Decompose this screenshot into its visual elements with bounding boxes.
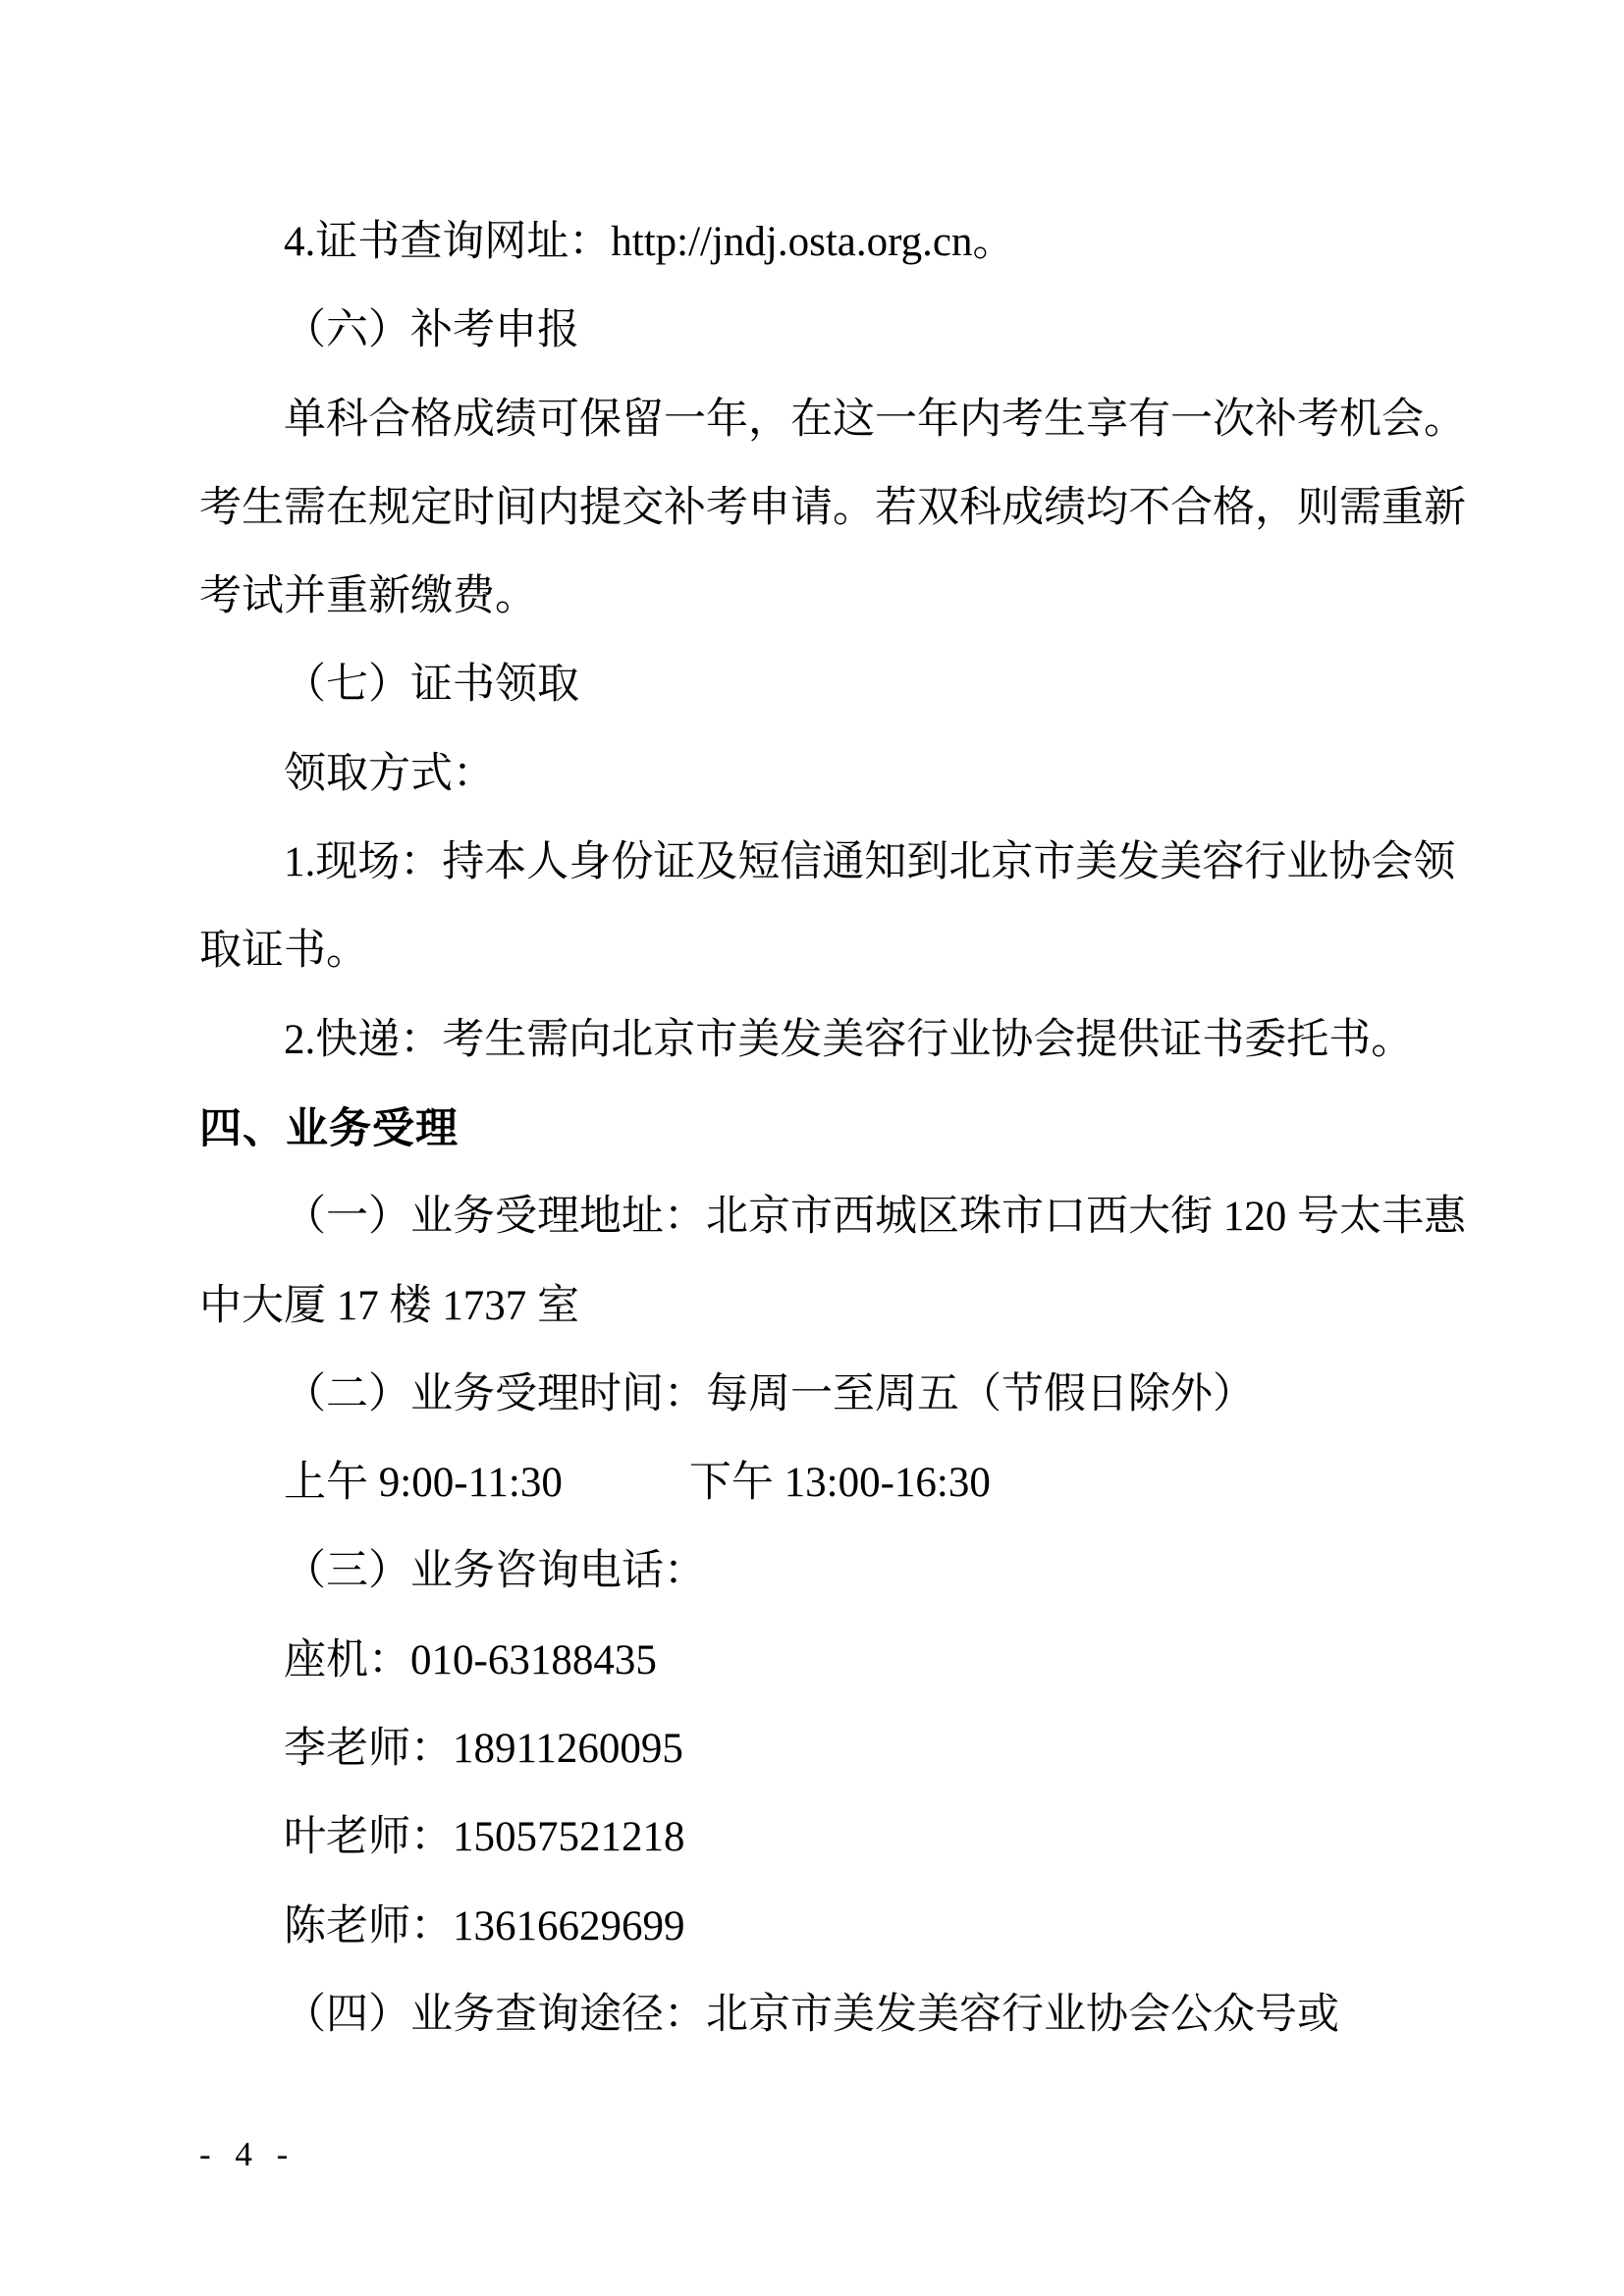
text-line: （七）证书领取 [199,641,1470,729]
text-line: 领取方式： [199,730,1470,819]
text-line: 4.证书查询网址：http://jndj.osta.org.cn。 [199,198,1470,287]
document-body: 4.证书查询网址：http://jndj.osta.org.cn。（六）补考申报… [199,198,1470,2059]
text-line: （六）补考申报 [199,287,1470,375]
text-line: 叶老师：15057521218 [199,1793,1470,1882]
text-line: 座机：010-63188435 [199,1617,1470,1705]
text-line: 中大厦 17 楼 1737 室 [199,1262,1470,1351]
text-line: 陈老师：13616629699 [199,1883,1470,1971]
section-heading: 四、业务受理 [199,1085,1470,1173]
text-line: 上午 9:00-11:30 下午 13:00-16:30 [199,1439,1470,1527]
text-line: （三）业务咨询电话： [199,1527,1470,1616]
text-line: 1.现场：持本人身份证及短信通知到北京市美发美容行业协会领 [199,819,1470,907]
text-line: （二）业务受理时间：每周一至周五（节假日除外） [199,1351,1470,1439]
text-line: 李老师：18911260095 [199,1705,1470,1793]
text-line: 2.快递：考生需向北京市美发美容行业协会提供证书委托书。 [199,996,1470,1085]
text-line: 考试并重新缴费。 [199,553,1470,641]
text-line: （四）业务查询途径：北京市美发美容行业协会公众号或 [199,1971,1470,2059]
page-number: - 4 - [199,2135,296,2174]
text-line: 考生需在规定时间内提交补考申请。若双科成绩均不合格，则需重新 [199,464,1470,553]
text-line: （一）业务受理地址：北京市西城区珠市口西大街 120 号太丰惠 [199,1173,1470,1261]
text-line: 单科合格成绩可保留一年，在这一年内考生享有一次补考机会。 [199,376,1470,464]
text-line: 取证书。 [199,907,1470,995]
document-page: 4.证书查询网址：http://jndj.osta.org.cn。（六）补考申报… [0,0,1624,2296]
